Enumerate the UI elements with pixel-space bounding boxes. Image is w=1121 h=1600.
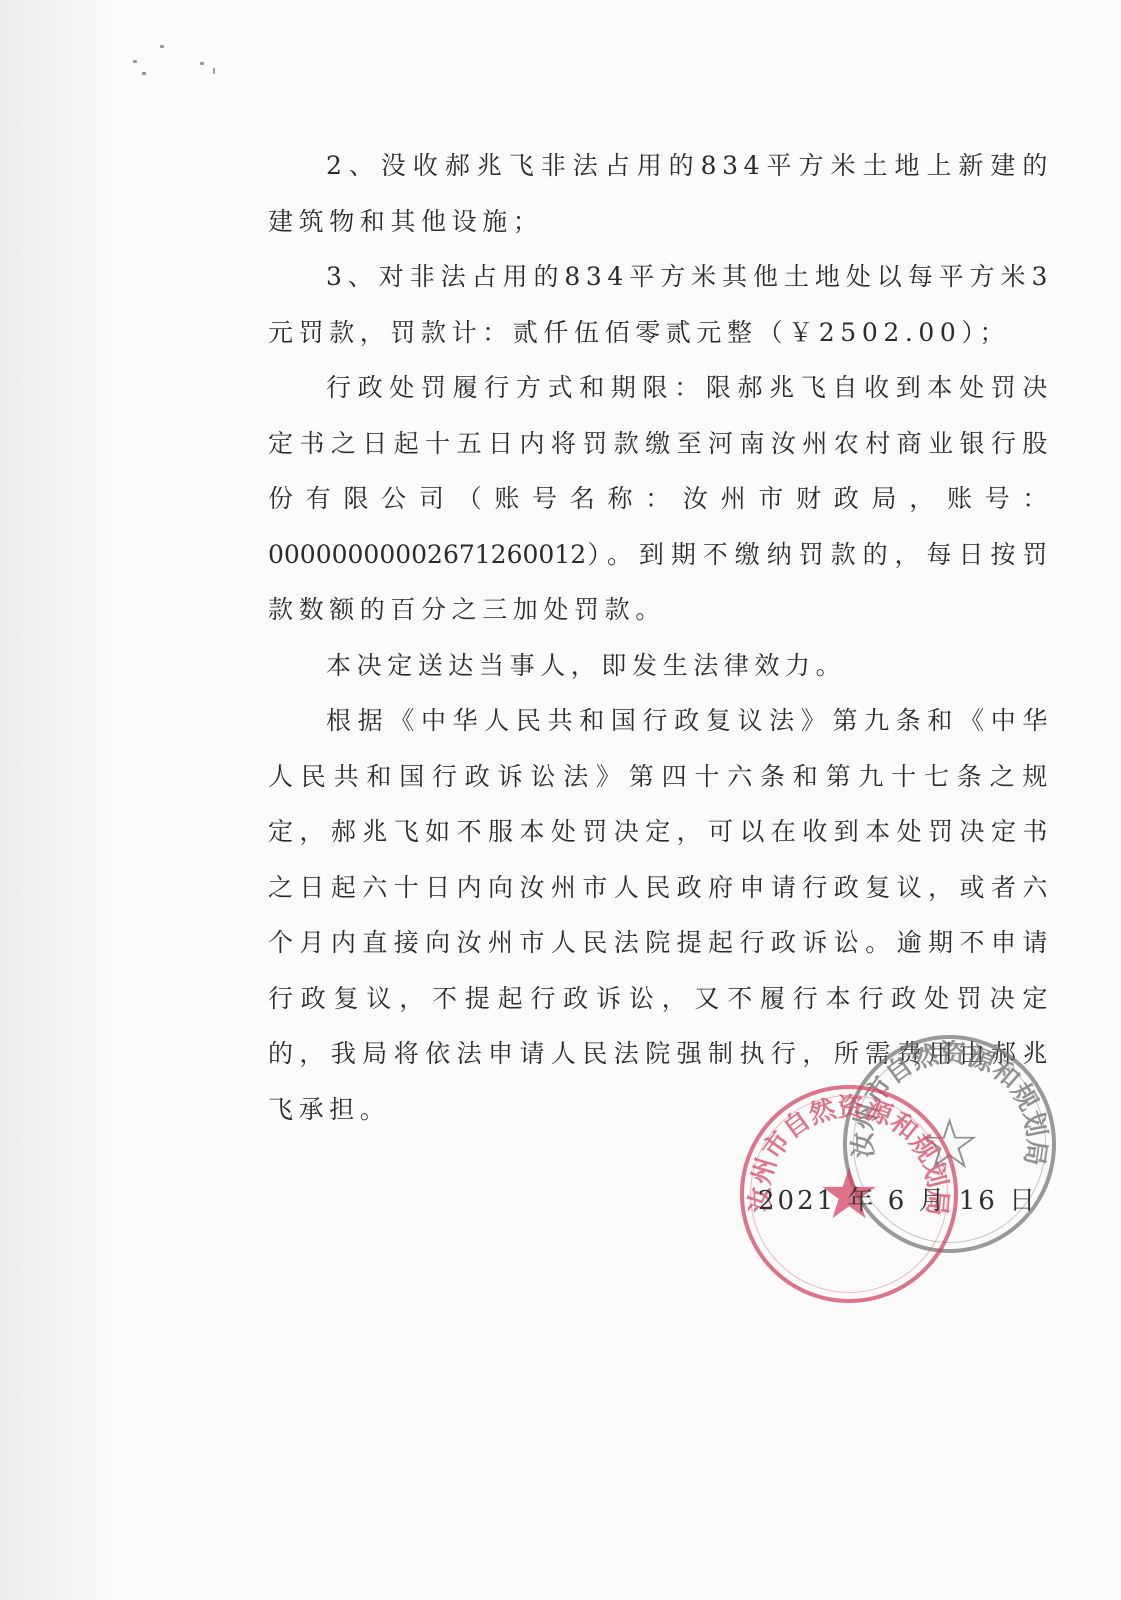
scan-speck	[133, 60, 137, 63]
scan-speck	[142, 72, 146, 75]
paragraph-item-3: 3、对非法占用的834平方米其他土地处以每平方米3元罚款，罚款计：贰仟伍佰零贰元…	[268, 249, 1053, 360]
paragraph-effect: 本决定送达当事人，即发生法律效力。	[268, 638, 1053, 694]
account-number: 00000000002671260012	[268, 540, 586, 569]
paragraph-appeal: 根据《中华人民共和国行政复议法》第九条和《中华人民共和国行政诉讼法》第四十六条和…	[268, 693, 1053, 1137]
scan-speck	[213, 68, 215, 74]
scan-edge-shadow	[0, 0, 120, 1600]
document-date: 2021 年 6 月 16 日	[758, 1180, 1038, 1217]
paragraph-payment: 行政处罚履行方式和期限：限郝兆飞自收到本处罚决定书之日起十五日内将罚款缴至河南汝…	[268, 360, 1053, 638]
scan-speck	[160, 45, 164, 48]
scan-speck	[200, 62, 204, 65]
payment-text: 行政处罚履行方式和期限：限郝兆飞自收到本处罚决定书之日起十五日内将罚款缴至河南汝…	[268, 373, 1053, 513]
paragraph-item-2: 2、没收郝兆飞非法占用的834平方米土地上新建的建筑物和其他设施；	[268, 138, 1053, 249]
document-body: 2、没收郝兆飞非法占用的834平方米土地上新建的建筑物和其他设施； 3、对非法占…	[268, 138, 1053, 1137]
